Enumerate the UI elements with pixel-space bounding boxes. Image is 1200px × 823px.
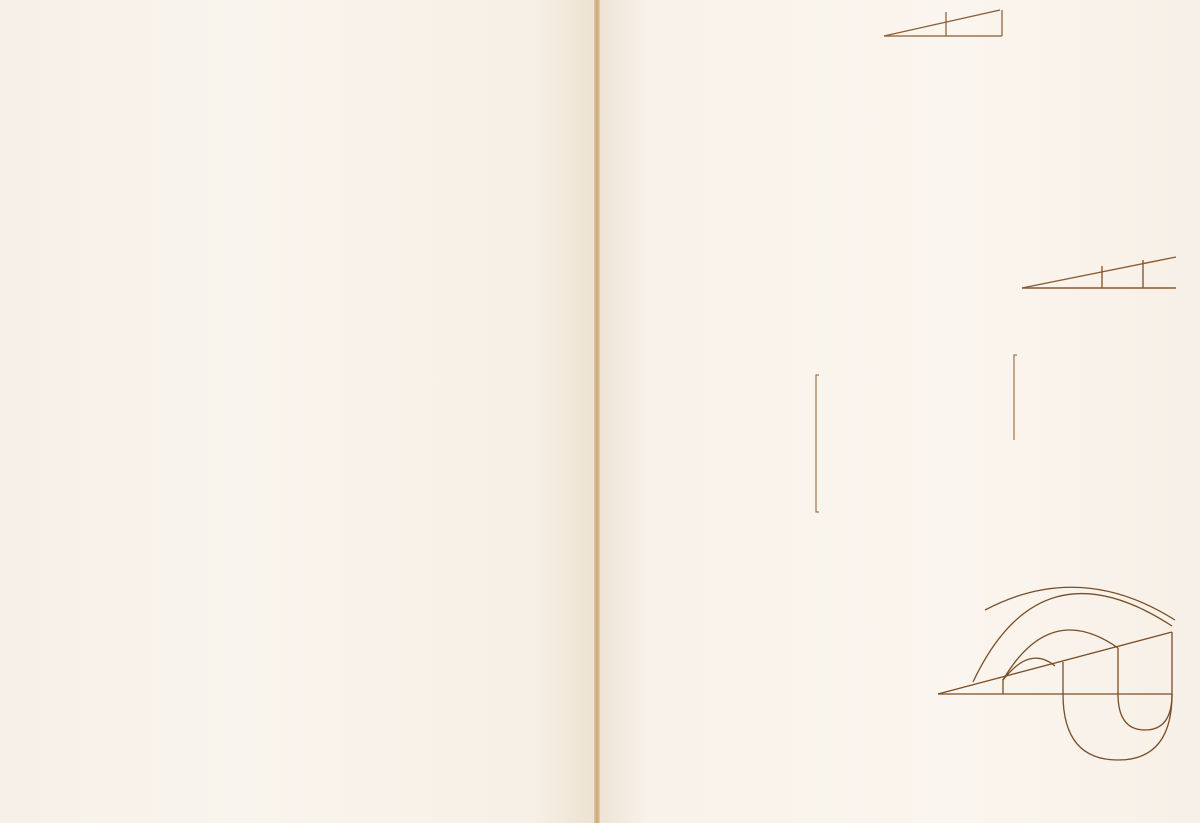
bottom-right-proportion-diagram	[938, 587, 1175, 760]
marginalia-diagrams	[0, 0, 1200, 823]
right-margin-bar-diagram	[1022, 257, 1176, 288]
top-right-triangle-diagram	[884, 10, 1002, 36]
column-bracket-marks	[816, 355, 1017, 512]
